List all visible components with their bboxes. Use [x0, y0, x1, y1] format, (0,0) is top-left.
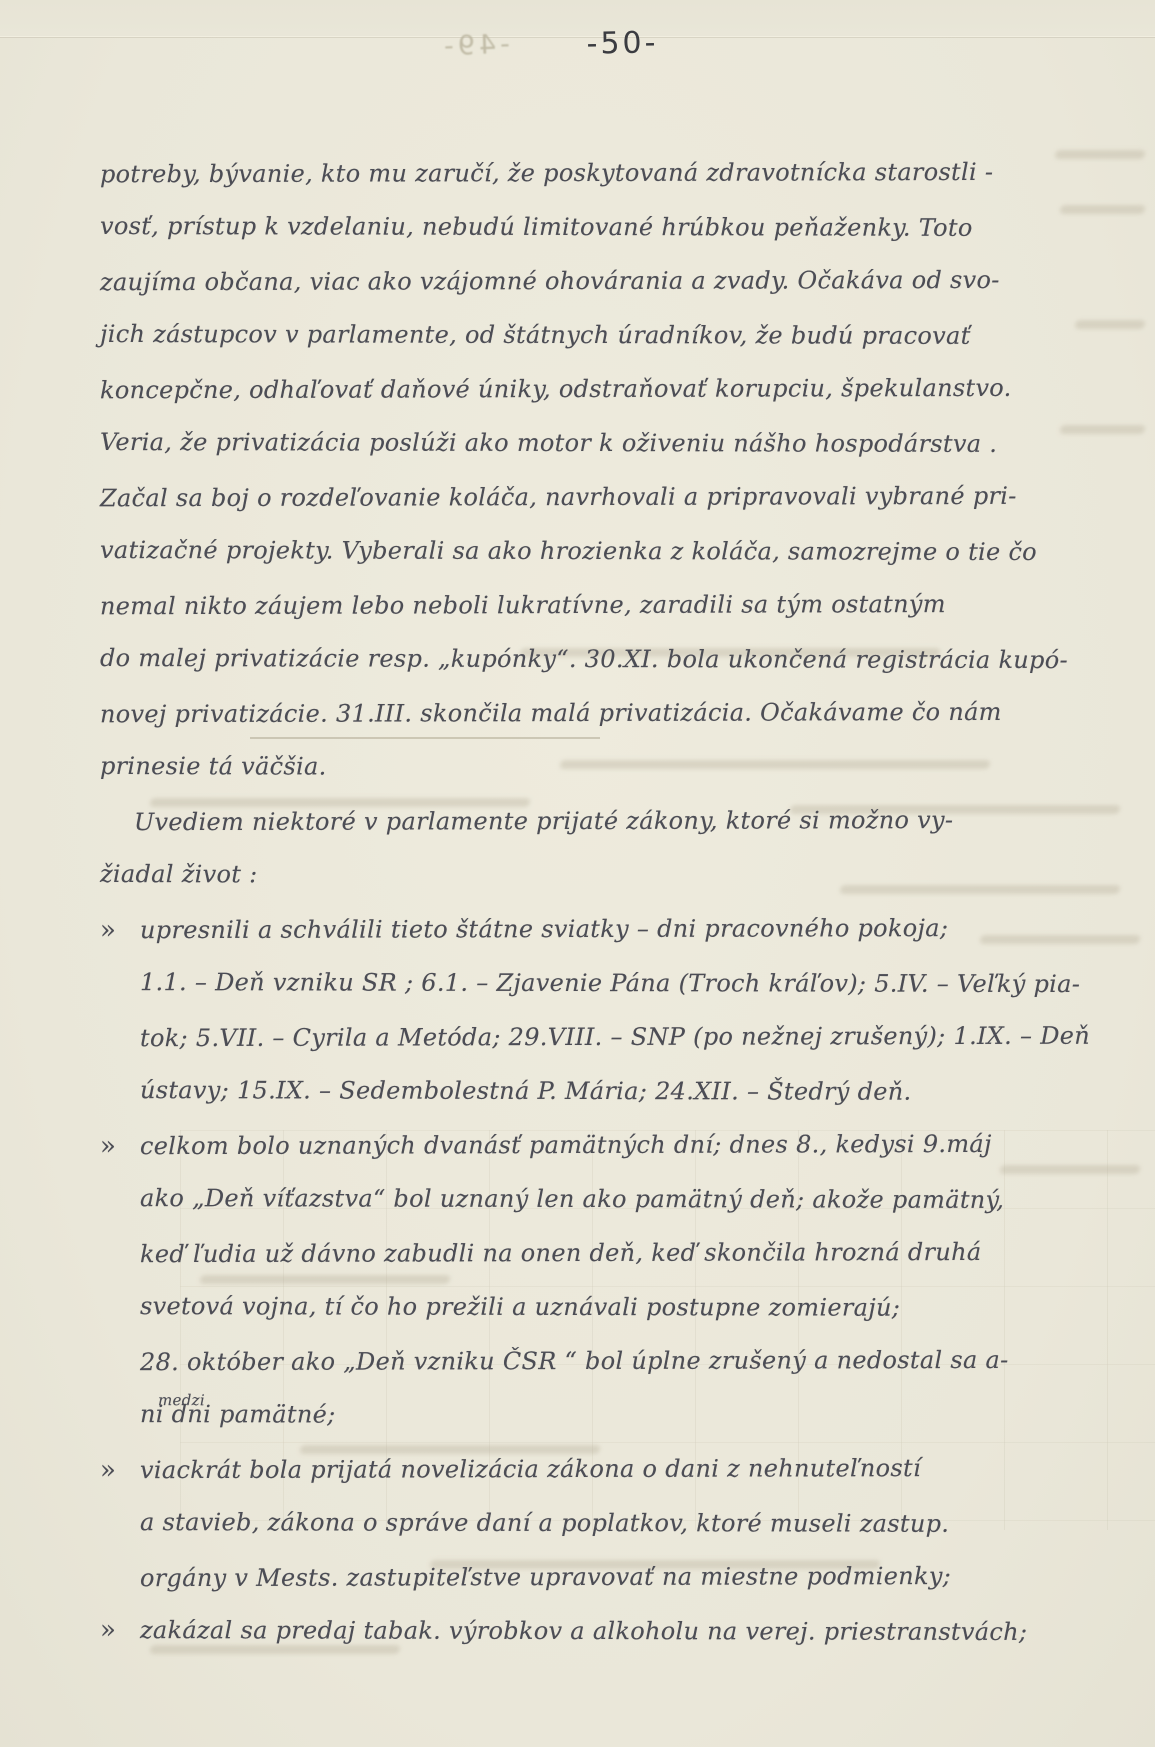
ghost-ink-smudge: [1054, 150, 1145, 159]
handwritten-line: »upresnili a schválili tieto štátne svia…: [100, 901, 1060, 958]
handwritten-line: »celkom bolo uznaných dvanásť pamätných …: [100, 1117, 1060, 1174]
line-text: nemal nikto záujem lebo neboli lukratívn…: [100, 590, 946, 620]
handwritten-line: vatizačné projekty. Vyberali sa ako hroz…: [100, 523, 1060, 579]
handwritten-line: tok; 5.VII. – Cyrila a Metóda; 29.VIII. …: [100, 1009, 1060, 1066]
bullet-marker: »: [100, 1443, 116, 1497]
handwritten-line: Začal sa boj o rozdeľovanie koláča, navr…: [100, 469, 1060, 526]
handwritten-line: koncepčne, odhaľovať daňové úniky, odstr…: [100, 361, 1060, 418]
handwritten-line: svetová vojna, tí čo ho prežili a uznáva…: [100, 1279, 1060, 1335]
handwritten-line: »viackrát bola prijatá novelizácia zákon…: [100, 1441, 1060, 1498]
handwritten-line: žiadal život :: [100, 847, 1060, 903]
ghost-ink-smudge: [1059, 205, 1145, 214]
line-text: vatizačné projekty. Vyberali sa ako hroz…: [100, 536, 1037, 566]
manuscript-page: -49- -50- potreby, bývanie, kto mu zaruč…: [0, 0, 1155, 1747]
line-text: ako „Deň víťazstva“ bol uznaný len ako p…: [140, 1184, 1004, 1214]
line-text: orgány v Mests. zastupiteľstve upravovať…: [140, 1562, 951, 1592]
handwritten-line: medzini dni pamätné;: [100, 1387, 1060, 1443]
line-text: do malej privatizácie resp. „kupónky“. 3…: [100, 644, 1068, 674]
handwritten-line: novej privatizácie. 31.III. skončila mal…: [100, 685, 1060, 742]
bullet-marker: »: [100, 903, 116, 957]
line-text: Začal sa boj o rozdeľovanie koláča, navr…: [100, 482, 1017, 512]
handwritten-line: vosť, prístup k vzdelaniu, nebudú limito…: [100, 199, 1060, 255]
line-text: 1.1. – Deň vzniku SR ; 6.1. – Zjavenie P…: [140, 968, 1080, 998]
inserted-word: medzi: [158, 1393, 205, 1408]
line-text: vosť, prístup k vzdelaniu, nebudú limito…: [100, 212, 973, 242]
ghost-ink-smudge: [1059, 425, 1145, 434]
bullet-marker: »: [100, 1603, 116, 1657]
line-text: Veria, že privatizácia poslúži ako motor…: [100, 428, 997, 458]
line-text: Uvediem niektoré v parlamente prijaté zá…: [134, 806, 953, 836]
handwritten-line: zaujíma občana, viac ako vzájomné ohovár…: [100, 253, 1060, 310]
line-text: celkom bolo uznaných dvanásť pamätných d…: [140, 1130, 992, 1160]
handwritten-line: potreby, bývanie, kto mu zaručí, že posk…: [100, 145, 1060, 202]
handwritten-line: Veria, že privatizácia poslúži ako motor…: [100, 415, 1060, 471]
line-text: potreby, bývanie, kto mu zaručí, že posk…: [100, 158, 993, 188]
line-text: koncepčne, odhaľovať daňové úniky, odstr…: [100, 374, 1012, 404]
line-text: jich zástupcov v parlamente, od štátnych…: [100, 320, 971, 350]
line-text: upresnili a schválili tieto štátne sviat…: [140, 914, 948, 944]
line-text: tok; 5.VII. – Cyrila a Metóda; 29.VIII. …: [140, 1022, 1090, 1052]
line-text: prinesie tá väčšia.: [100, 752, 327, 780]
handwritten-text: potreby, bývanie, kto mu zaručí, že posk…: [100, 146, 1060, 1658]
ghost-ink-smudge: [1074, 320, 1145, 329]
handwritten-line: jich zástupcov v parlamente, od štátnych…: [100, 307, 1060, 363]
line-text: žiadal život :: [100, 860, 258, 888]
handwritten-line: nemal nikto záujem lebo neboli lukratívn…: [100, 577, 1060, 634]
handwritten-line: Uvediem niektoré v parlamente prijaté zá…: [100, 793, 1060, 850]
handwritten-line: a stavieb, zákona o správe daní a poplat…: [100, 1495, 1060, 1551]
line-text: zaujíma občana, viac ako vzájomné ohovár…: [100, 266, 1000, 296]
handwritten-line: ako „Deň víťazstva“ bol uznaný len ako p…: [100, 1171, 1060, 1227]
handwritten-line: do malej privatizácie resp. „kupónky“. 3…: [100, 631, 1060, 687]
bullet-marker: »: [100, 1119, 116, 1173]
handwritten-line: orgány v Mests. zastupiteľstve upravovať…: [100, 1549, 1060, 1606]
line-text: 28. október ako „Deň vzniku ČSR “ bol úp…: [140, 1346, 1009, 1376]
line-text: a stavieb, zákona o správe daní a poplat…: [140, 1508, 949, 1538]
line-text: viackrát bola prijatá novelizácia zákona…: [140, 1454, 921, 1484]
handwritten-line: prinesie tá väčšia.: [100, 739, 1060, 795]
line-text: svetová vojna, tí čo ho prežili a uznáva…: [140, 1292, 900, 1322]
handwritten-line: ústavy; 15.IX. – Sedembolestná P. Mária;…: [100, 1063, 1060, 1119]
handwritten-line: keď ľudia už dávno zabudli na onen deň, …: [100, 1225, 1060, 1282]
line-text: ústavy; 15.IX. – Sedembolestná P. Mária;…: [140, 1076, 912, 1106]
handwritten-line: »zakázal sa predaj tabak. výrobkov a alk…: [100, 1603, 1060, 1659]
line-text: keď ľudia už dávno zabudli na onen deň, …: [140, 1238, 982, 1268]
line-text: zakázal sa predaj tabak. výrobkov a alko…: [140, 1616, 1027, 1646]
handwritten-line: 1.1. – Deň vzniku SR ; 6.1. – Zjavenie P…: [100, 955, 1060, 1011]
handwritten-line: 28. október ako „Deň vzniku ČSR “ bol úp…: [100, 1333, 1060, 1390]
line-text: novej privatizácie. 31.III. skončila mal…: [100, 698, 1002, 728]
